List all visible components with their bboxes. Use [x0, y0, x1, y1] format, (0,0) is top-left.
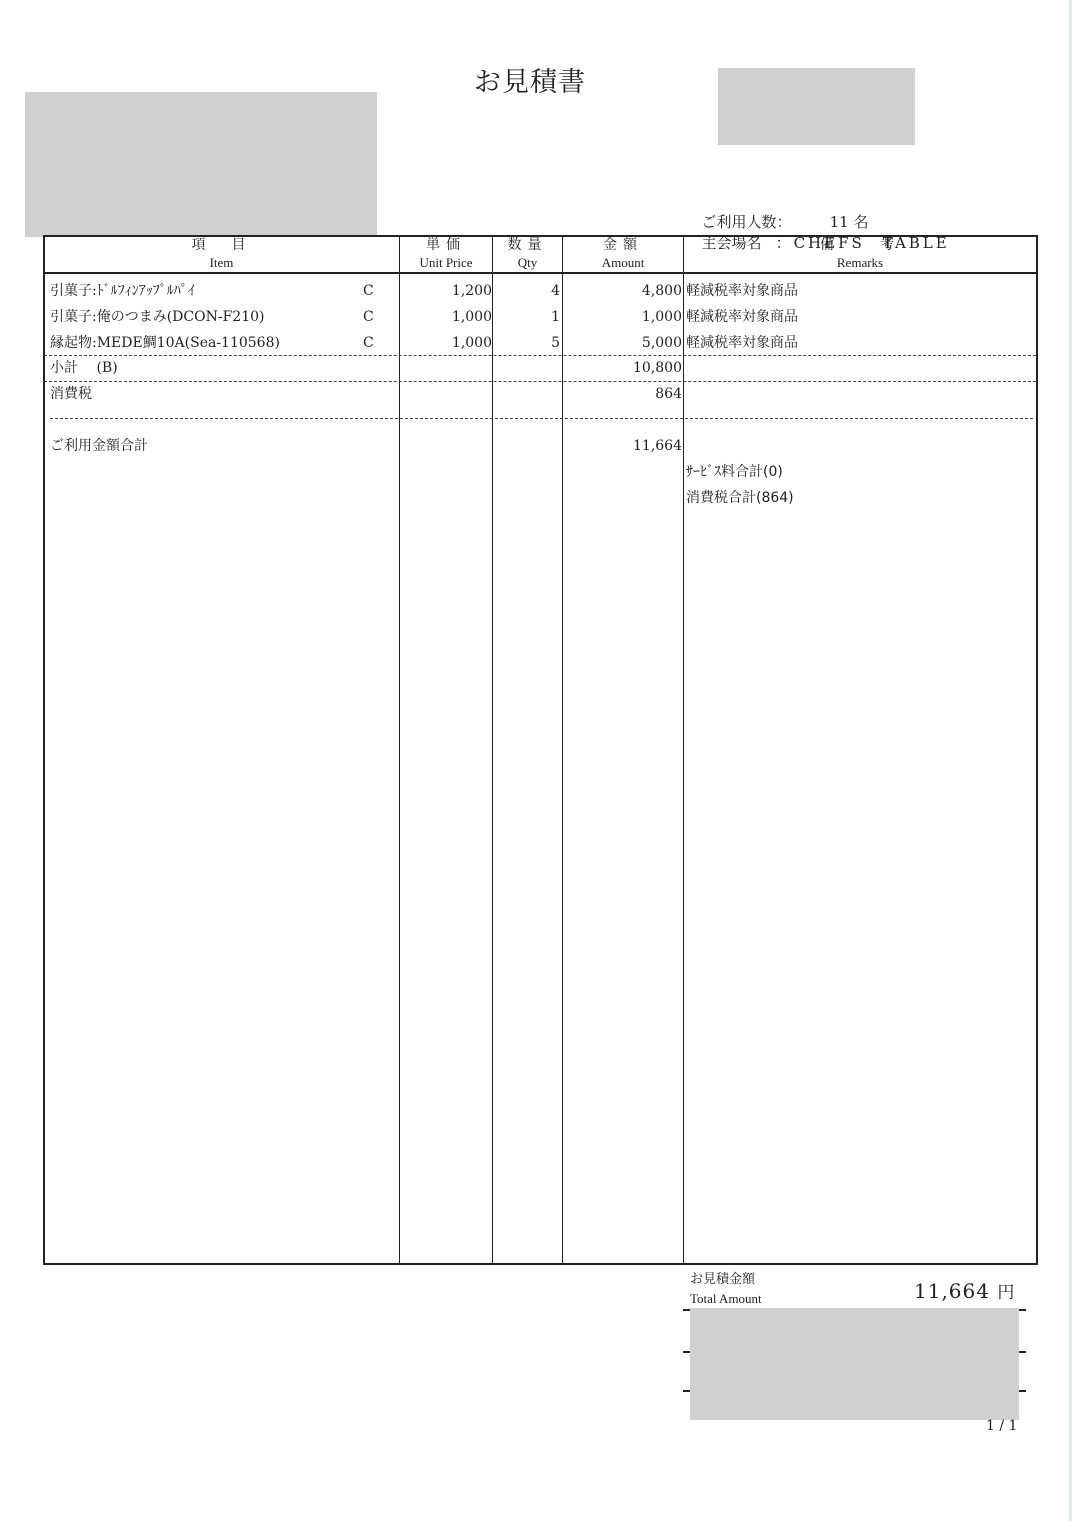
header-divider	[43, 272, 1038, 274]
total-amount-value: 11,664	[914, 1279, 990, 1303]
dashed-divider	[44, 381, 1036, 382]
tax-amount: 864	[563, 385, 682, 403]
document-title: お見積書	[474, 60, 586, 99]
dashed-divider	[44, 355, 1036, 356]
page-number: 1 / 1	[986, 1418, 1017, 1434]
scan-edge	[1069, 0, 1072, 1521]
row-remarks: 軽減税率対象商品	[686, 282, 798, 300]
row-qty: 5	[493, 334, 560, 352]
row-amount: 1,000	[563, 308, 682, 326]
subtotal-amount: 10,800	[563, 359, 682, 377]
grand-total-amount: 11,664	[563, 437, 682, 455]
header-remarks: 備 考 Remarks	[684, 236, 1036, 272]
row-code: C	[363, 334, 374, 352]
row-unit-price: 1,000	[400, 334, 492, 352]
row-code: C	[363, 308, 374, 326]
redacted-recipient-block	[25, 92, 377, 237]
rule-tick	[1018, 1351, 1026, 1353]
row-code: C	[363, 282, 374, 300]
row-amount: 5,000	[563, 334, 682, 352]
row-amount: 4,800	[563, 282, 682, 300]
redacted-footer-block	[690, 1308, 1019, 1420]
subtotal-label: 小計 (B)	[50, 359, 118, 377]
header-qty: 数量 Qty	[493, 236, 562, 272]
column-divider	[492, 235, 493, 1265]
header-item: 項 目 Item	[44, 236, 399, 272]
redacted-logo-block	[718, 68, 915, 145]
column-divider	[683, 235, 684, 1265]
row-unit-price: 1,000	[400, 308, 492, 326]
tax-total-note: 消費税合計(864)	[686, 489, 794, 507]
estimate-table	[43, 235, 1038, 1265]
row-remarks: 軽減税率対象商品	[686, 334, 798, 352]
grand-total-label: ご利用金額合計	[50, 437, 148, 455]
row-item: 引菓子:ﾄﾞﾙﾌｨﾝｱｯﾌﾟﾙﾊﾟｲ	[50, 282, 195, 300]
row-unit-price: 1,200	[400, 282, 492, 300]
row-item: 縁起物:MEDE鯛10A(Sea-110568)	[50, 334, 280, 352]
column-divider	[399, 235, 400, 1265]
row-qty: 4	[493, 282, 560, 300]
dashed-divider	[50, 418, 1033, 419]
rule-tick	[1018, 1309, 1026, 1311]
total-amount: 11,664 円	[914, 1278, 1015, 1303]
tax-label: 消費税	[50, 385, 92, 403]
currency-unit: 円	[997, 1283, 1015, 1303]
service-charge-note: ｻｰﾋﾞｽ料合計(0)	[686, 463, 783, 481]
header-unit-price: 単価 Unit Price	[400, 236, 492, 272]
row-remarks: 軽減税率対象商品	[686, 308, 798, 326]
rule-tick	[1018, 1390, 1026, 1392]
row-item: 引菓子:俺のつまみ(DCON-F210)	[50, 308, 264, 326]
total-amount-label: お見積金額 Total Amount	[690, 1270, 762, 1308]
row-qty: 1	[493, 308, 560, 326]
header-amount: 金額 Amount	[563, 236, 683, 272]
